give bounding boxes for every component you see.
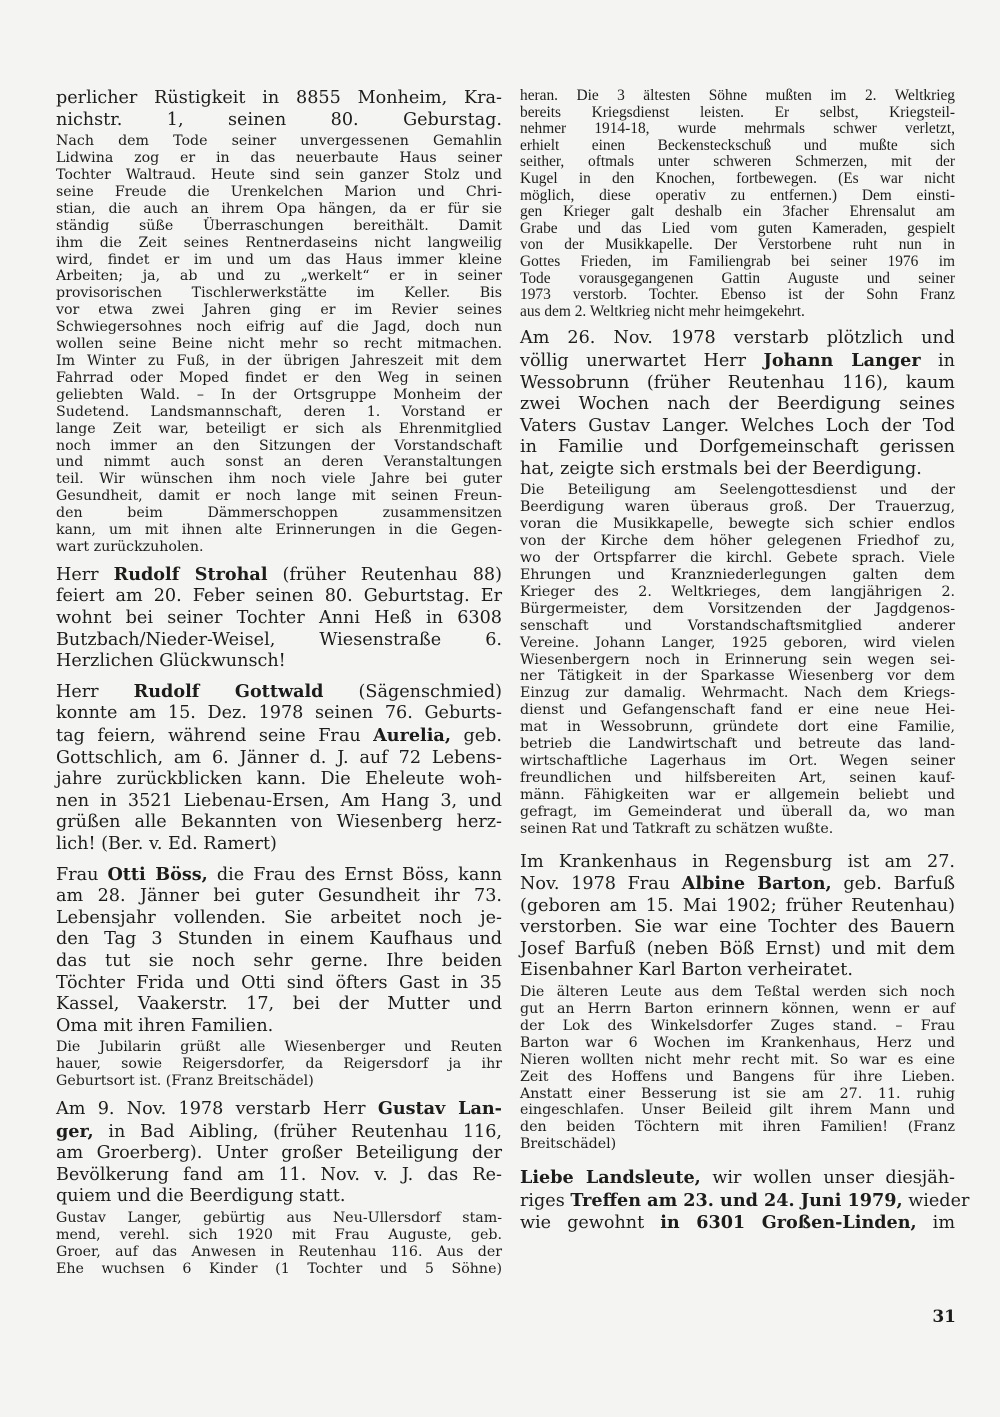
text-line: dienst und Gefangenschaft fand er eine n… (520, 702, 955, 719)
text-line: geliebten Wald. – In der Ortsgruppe Monh… (56, 387, 502, 404)
text-line: Ehrungen und Kranzniederlegungen galten … (520, 567, 955, 584)
paragraph-birthday-rudolf-gottwald: Herr Rudolf Gottwald (Sägenschmied)konnt… (56, 681, 502, 856)
text-line: verstorben. Sie war eine Tochter des Bau… (520, 917, 955, 939)
text-line: am Groerberg). Unter großer Beteiligung … (56, 1143, 502, 1165)
text-line: nichstr. 1, seinen 80. Geburstag. (56, 110, 502, 132)
text-line: Kugel in den Knochen, fortbewegen. (Es w… (520, 171, 955, 188)
text-line: seither, oftmals unter schweren Schmerze… (520, 154, 955, 171)
paragraph-johann-langer-funeral: Die Beteiligung am Seelengottesdienst un… (520, 482, 955, 837)
text-line: Gottes Frieden, im Familiengrab bei sein… (520, 254, 955, 271)
text-line: möglich, diese operativ zu entfernen.) D… (520, 188, 955, 205)
bold-name: Albine Barton, (682, 873, 832, 894)
text-line: Wessobrunn (früher Reutenhau 116), kaum (520, 373, 955, 395)
text-line: den Tag 3 Stunden in einem Kaufhaus und (56, 929, 502, 951)
text-line: Nach dem Tode seiner unvergessenen Gemah… (56, 133, 502, 150)
text-line: teil. Wir wünschen ihm noch viele Jahre … (56, 471, 502, 488)
text-line: Am 9. Nov. 1978 verstarb Herr Gustav Lan… (56, 1098, 502, 1121)
text-line: wart zurückzuholen. (56, 539, 502, 556)
text-line: Vaters Gustav Langer. Welches Loch der T… (520, 416, 955, 438)
bold-name: in 6301 Großen-Linden, (660, 1212, 916, 1233)
text-line: grüßen alle Bekannten von Wiesenberg her… (56, 812, 502, 834)
paragraph-greeting-jubilarin: Die Jubilarin grüßt alle Wiesenberger un… (56, 1039, 502, 1090)
text-line: kann, um mit ihnen alte Erinnerungen in … (56, 522, 502, 539)
text-line: vor etwa zwei Jahren ging er im Revier s… (56, 302, 502, 319)
text-line: seinen Rat und Tatkraft zu schätzen wußt… (520, 821, 955, 838)
text-line: Nieren wollten nicht mehr recht mit. So … (520, 1052, 955, 1069)
paragraph-obituary-albine-barton: Im Krankenhaus in Regensburg ist am 27.N… (520, 852, 955, 983)
text-line: eingeschlafen. Unser Beileid gilt ihrem … (520, 1102, 955, 1119)
text-line: wollen seine Beine nicht mehr so recht m… (56, 336, 502, 353)
text-line: hauer, sowie Reigersdorfer, da Reigersdo… (56, 1056, 502, 1073)
page-number: 31 (932, 1307, 956, 1327)
left-column: perlicher Rüstigkeit in 8855 Monheim, Kr… (56, 88, 502, 1278)
text-line: Am 26. Nov. 1978 verstarb plötzlich und (520, 328, 955, 350)
text-line: (geboren am 15. Mai 1902; früher Reutenh… (520, 896, 955, 918)
text-line: hat, zeigte sich erstmals bei der Beerdi… (520, 459, 955, 481)
text-line: Lebensjahr vollenden. Sie arbeitet noch … (56, 908, 502, 930)
text-line: erhielt einen Beckensteckschuß und mußte… (520, 138, 955, 155)
text-line: Vereine. Johann Langer, 1925 geboren, wi… (520, 635, 955, 652)
text-line: Die älteren Leute aus dem Teßtal werden … (520, 984, 955, 1001)
text-line: lich! (Ber. v. Ed. Ramert) (56, 834, 502, 856)
text-line: Töchter Frida und Otti sind öfters Gast … (56, 973, 502, 995)
text-line: quiem und die Beerdigung statt. (56, 1186, 502, 1208)
text-line: von der Musikkapelle. Der Verstorbene ru… (520, 237, 955, 254)
text-line: Gesundheit, damit er noch lange mit sein… (56, 488, 502, 505)
text-line: Geburtsort ist. (Franz Breitschädel) (56, 1073, 502, 1090)
text-line: aus dem 2. Weltkrieg nicht mehr heimgeke… (520, 304, 955, 321)
bold-name: Johann Langer (764, 350, 921, 371)
bold-name: Gustav Lan- (378, 1098, 502, 1119)
text-line: Eisenbahner Karl Barton verheiratet. (520, 960, 955, 982)
bold-name: Aurelia, (373, 725, 451, 746)
text-line: 1973 verstorb. Tochter. Ebenso ist der S… (520, 287, 955, 304)
text-line: Tode vorausgegangenen Gattin Auguste und… (520, 271, 955, 288)
paragraph-obituary-johann-langer: Am 26. Nov. 1978 verstarb plötzlich undv… (520, 328, 955, 480)
text-line: Frau Otti Böss, die Frau des Ernst Böss,… (56, 864, 502, 887)
paragraph-gustav-langer-continued: heran. Die 3 ältesten Söhne mußten im 2.… (520, 88, 955, 320)
text-line: den beiden Töchtern mit ihren Familien! … (520, 1119, 955, 1136)
text-line: betrieb die Landwirtschaft und betreute … (520, 736, 955, 753)
text-line: tag feiern, während seine Frau Aurelia, … (56, 725, 502, 748)
text-line: Die Beteiligung am Seelengottesdienst un… (520, 482, 955, 499)
text-line: wo der Ortspfarrer die kirchl. Gebete sp… (520, 550, 955, 567)
text-line: Einzug zur damalig. Wehrmacht. Nach dem … (520, 685, 955, 702)
text-line: mat in Wessobrunn, gründete dort eine Fa… (520, 719, 955, 736)
text-line: mend, verehl. sich 1920 mit Frau Auguste… (56, 1227, 502, 1244)
paragraph-gustav-langer-biography: Gustav Langer, gebürtig aus Neu-Ullersdo… (56, 1210, 502, 1278)
text-line: provisorischen Tischlerwerkstätte im Kel… (56, 285, 502, 302)
paragraph-obituary-gustav-langer: Am 9. Nov. 1978 verstarb Herr Gustav Lan… (56, 1098, 502, 1208)
text-line: Sudetend. Landsmannschaft, deren 1. Vors… (56, 404, 502, 421)
text-line: Bürgermeister, dem Vorsitzenden der Jagd… (520, 601, 955, 618)
paragraph-albine-barton-details: Die älteren Leute aus dem Teßtal werden … (520, 984, 955, 1153)
text-line: Herzlichen Glückwunsch! (56, 651, 502, 673)
text-line: wohnt bei seiner Tochter Anni Heß in 630… (56, 608, 502, 630)
text-line: Groer, auf das Anwesen in Reutenhau 116.… (56, 1244, 502, 1261)
text-line: Herr Rudolf Gottwald (Sägenschmied) (56, 681, 502, 704)
text-line: Herr Rudolf Strohal (früher Reutenhau 88… (56, 564, 502, 587)
text-line: Grabe und das Lied vom guten Kameraden, … (520, 221, 955, 238)
text-line: Ehe wuchsen 6 Kinder (1 Tochter und 5 Sö… (56, 1261, 502, 1278)
text-line: seine Freude die Urenkelchen Marion und … (56, 184, 502, 201)
text-line: gut an Herrn Barton erinnern können, wen… (520, 1001, 955, 1018)
text-line: Anstatt einer Besserung ist sie am 27. 1… (520, 1086, 955, 1103)
text-line: wirtschaftliche Lagerhaus im Ort. Wegen … (520, 753, 955, 770)
bold-name: Liebe Landsleute, (520, 1167, 701, 1188)
text-line: Breitschädel) (520, 1136, 955, 1153)
text-line: Wiesenbergern noch in Erinnerung sein we… (520, 652, 955, 669)
paragraph-birthday-rudolf-strohal: Herr Rudolf Strohal (früher Reutenhau 88… (56, 564, 502, 673)
paragraph-meeting-announcement: Liebe Landsleute, wir wollen unser diesj… (520, 1167, 955, 1235)
text-line: Tochter Waltraud. Heute sind sein ganzer… (56, 167, 502, 184)
text-line: senschaft und Vorstandschaftsmitglied an… (520, 618, 955, 635)
text-line: Schwiegersohnes noch eifrig auf die Jagd… (56, 319, 502, 336)
text-line: konnte am 15. Dez. 1978 seinen 76. Gebur… (56, 703, 502, 725)
text-line: Gustav Langer, gebürtig aus Neu-Ullersdo… (56, 1210, 502, 1227)
text-line: männ. Fähigkeiten war er allgemein belie… (520, 787, 955, 804)
text-line: gefragt, im Gemeinderat und überall da, … (520, 804, 955, 821)
text-line: in Familie und Dorfgemeinschaft gerissen (520, 437, 955, 459)
text-line: Krieger des 2. Weltkrieges, dem langjähr… (520, 584, 955, 601)
text-line: Kassel, Vaakerstr. 17, bei der Mutter un… (56, 994, 502, 1016)
text-line: völlig unerwartet Herr Johann Langer in (520, 350, 955, 373)
bold-name: Treffen am 23. und 24. Juni 1979, (570, 1190, 902, 1211)
bold-name: Rudolf Gottwald (134, 681, 324, 702)
text-line: gen Krieger galt deshalb ein 3facher Ehr… (520, 204, 955, 221)
text-line: ger, in Bad Aibling, (früher Reutenhau 1… (56, 1121, 502, 1144)
text-line: Barton war 6 Wochen im Krankenhaus, Herz… (520, 1035, 955, 1052)
bold-name: Otti Böss, (107, 864, 207, 885)
text-line: Im Krankenhaus in Regensburg ist am 27. (520, 852, 955, 874)
text-line: Oma mit ihren Familien. (56, 1016, 502, 1038)
text-line: den beim Dämmerschoppen zusammensitzen (56, 505, 502, 522)
text-line: Gottschlich, am 6. Jänner d. J. auf 72 L… (56, 748, 502, 770)
bold-name: ger, (56, 1121, 94, 1142)
text-line: riges Treffen am 23. und 24. Juni 1979, … (520, 1190, 955, 1213)
text-line: am 28. Jänner bei guter Gesundheit ihr 7… (56, 886, 502, 908)
text-line: Liebe Landsleute, wir wollen unser diesj… (520, 1167, 955, 1190)
text-line: Zeit des Hoffens und Bangens für ihre Li… (520, 1069, 955, 1086)
text-line: Fahrrad oder Moped findet er den Weg in … (56, 370, 502, 387)
text-line: Lidwina zog er in das neuerbaute Haus se… (56, 150, 502, 167)
text-line: jahre zurückblicken kann. Die Eheleute w… (56, 769, 502, 791)
text-line: noch immer an den Sitzungen der Vorstand… (56, 438, 502, 455)
text-line: wie gewohnt in 6301 Großen-Linden, im (520, 1212, 955, 1235)
text-line: ner Tätigkeit in der Sparkasse Wiesenber… (520, 668, 955, 685)
text-line: feiert am 20. Feber seinen 80. Geburtsta… (56, 586, 502, 608)
right-column: heran. Die 3 ältesten Söhne mußten im 2.… (520, 88, 955, 1235)
text-line: bereits Kriegsdienst leisten. Er selbst,… (520, 105, 955, 122)
text-line: ihm die Zeit seines Rentnerdaseins nicht… (56, 235, 502, 252)
text-line: heran. Die 3 ältesten Söhne mußten im 2.… (520, 88, 955, 105)
text-line: Josef Barfuß (neben Böß Ernst) und mit d… (520, 939, 955, 961)
text-line: der Lok des Winkelsdorfer Zuges stand. –… (520, 1018, 955, 1035)
text-line: das tut sie noch sehr gerne. Ihre beiden (56, 951, 502, 973)
paragraph-birthday-monheim-intro: perlicher Rüstigkeit in 8855 Monheim, Kr… (56, 88, 502, 131)
text-line: perlicher Rüstigkeit in 8855 Monheim, Kr… (56, 88, 502, 110)
paragraph-birthday-otti-boess: Frau Otti Böss, die Frau des Ernst Böss,… (56, 864, 502, 1038)
text-line: Arbeiten; ja, ab und zu „werkelt“ er in … (56, 268, 502, 285)
text-line: von der Kirche dem höher gelegenen Fried… (520, 533, 955, 550)
text-line: Bevölkerung fand am 11. Nov. v. J. das R… (56, 1165, 502, 1187)
text-line: und nimmt auch sonst an deren Veranstalt… (56, 454, 502, 471)
text-line: Butzbach/Nieder-Weisel, Wiesenstraße 6. (56, 630, 502, 652)
text-line: Beerdigung waren überaus groß. Der Traue… (520, 499, 955, 516)
text-line: ständig süße Überraschungen bereithält. … (56, 218, 502, 235)
bold-name: Rudolf Strohal (114, 564, 268, 585)
text-line: voran die Musikkapelle, bewegte sich sch… (520, 516, 955, 533)
text-line: freundlichen und hilfsbereiten Art, sein… (520, 770, 955, 787)
paragraph-birthday-monheim-details: Nach dem Tode seiner unvergessenen Gemah… (56, 133, 502, 556)
text-line: lange Zeit war, beteiligt er sich als Eh… (56, 421, 502, 438)
text-line: Die Jubilarin grüßt alle Wiesenberger un… (56, 1039, 502, 1056)
text-line: zwei Wochen nach der Beerdigung seines (520, 394, 955, 416)
text-line: wird, findet er im und um das Haus immer… (56, 252, 502, 269)
text-line: Nov. 1978 Frau Albine Barton, geb. Barfu… (520, 873, 955, 896)
text-line: nen in 3521 Liebenau-Ersen, Am Hang 3, u… (56, 791, 502, 813)
text-line: Im Winter zu Fuß, in der übrigen Jahresz… (56, 353, 502, 370)
text-line: nehmer 1914-18, wurde mehrmals schwer ve… (520, 121, 955, 138)
text-line: stian, die auch an ihrem Opa hängen, da … (56, 201, 502, 218)
